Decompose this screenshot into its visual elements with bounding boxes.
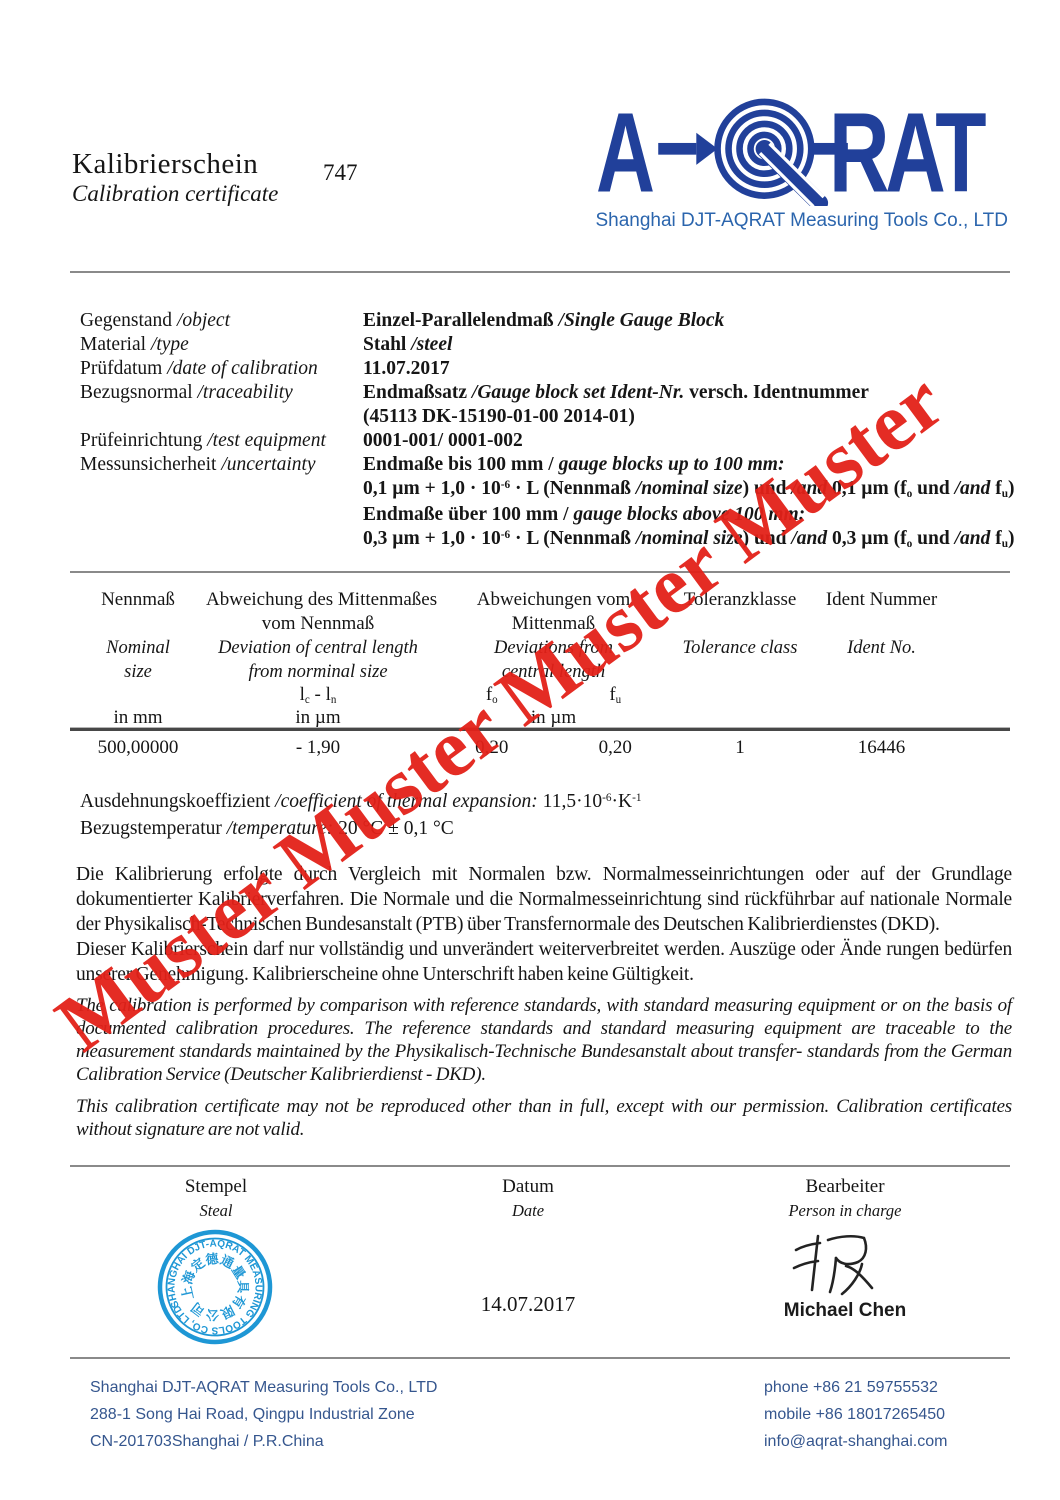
field-value: Endmaßsatz /Gauge block set Ident-Nr. ve…	[363, 381, 1020, 405]
field-row-traceability: Bezugsnormal /traceability Endmaßsatz /G…	[80, 381, 1020, 429]
footer-address-block: Shanghai DJT-AQRAT Measuring Tools Co., …	[90, 1374, 437, 1455]
field-label: Prüfdatum /date of calibration	[80, 357, 363, 381]
reference-temperature-line: Bezugstemperatur /temperature: 20 °C ± 0…	[80, 818, 454, 840]
logo-letters-rat: RAT	[829, 96, 986, 206]
stamp-ring-text: SHANGHAI DJT-AQRAT MEASURING TOOLS CO, L…	[150, 1222, 280, 1352]
field-value: 11.07.2017	[363, 357, 1020, 381]
field-label: Prüfeinrichtung /test equipment	[80, 429, 363, 453]
paragraph-en: This calibration certificate may not be …	[76, 1095, 1012, 1141]
field-row-date-of-calibration: Prüfdatum /date of calibration 11.07.201…	[80, 357, 1020, 381]
person-label-de: Bearbeiter	[745, 1176, 945, 1198]
divider-signing	[70, 1165, 1010, 1167]
field-label: Gegenstand /object	[80, 309, 363, 333]
field-label: Messunsicherheit /uncertainty	[80, 453, 363, 553]
certificate-number: 747	[323, 160, 358, 186]
certificate-fields: Gegenstand /object Einzel-Parallelendmaß…	[80, 309, 1020, 553]
divider-table-top	[70, 571, 1010, 573]
field-row-object: Gegenstand /object Einzel-Parallelendmaß…	[80, 309, 1020, 333]
field-row-uncertainty: Messunsicherheit /uncertainty Endmaße bi…	[80, 453, 1020, 553]
stamp-label-en: Steal	[116, 1201, 316, 1221]
column-header-tolerance-class: Toleranzklasse Tolerance class	[677, 588, 803, 730]
field-value: (45113 DK-15190-01-00 2014-01)	[363, 405, 1020, 429]
signature-scribble-icon	[788, 1228, 888, 1300]
cell-deviation: - 1,90	[206, 737, 430, 759]
date-label-en: Date	[428, 1201, 628, 1221]
field-value: 0001-001/ 0001-002	[363, 429, 1020, 453]
footer-contact-block: phone +86 21 59755532 mobile +86 1801726…	[764, 1374, 947, 1455]
calibration-certificate-page: Kalibrierschein Calibration certificate …	[0, 0, 1060, 1500]
field-value: 0,3 µm + 1,0 · 10-6 · L (Nennmaß /nomina…	[363, 527, 1020, 553]
company-stamp-icon: SHANGHAI DJT-AQRAT MEASURING TOOLS CO, L…	[150, 1222, 280, 1352]
table-row: 500,00000 - 1,90 0,20 0,20 1 16446	[70, 737, 960, 759]
column-header-deviation-central-length: Abweichung des Mittenmaßesvom Nennmaß De…	[206, 588, 430, 730]
field-value: Endmaße über 100 mm / gauge blocks above…	[363, 503, 1020, 527]
footer-address-line2: CN-201703Shanghai / P.R.China	[90, 1428, 437, 1455]
logo-spiral-q	[718, 102, 824, 206]
date-label-de: Datum	[428, 1176, 628, 1198]
field-label: Material /type	[80, 333, 363, 357]
aqrat-logo-icon: A RAT	[596, 96, 1006, 206]
expansion-coefficient-line: Ausdehnungskoeffizient /coefficient of t…	[80, 791, 642, 813]
cell-ident-number: 16446	[803, 737, 960, 759]
logo-crossbar	[658, 143, 696, 155]
signing-date: 14.07.2017	[428, 1292, 628, 1317]
page-title-en: Calibration certificate	[72, 181, 278, 207]
results-table-header: Nennmaß Nominalsize in mm Abweichung des…	[70, 588, 960, 730]
paragraph-de: Die Kalibrierung erfolgte durch Vergleic…	[76, 862, 1012, 937]
notes-english: The calibration is performed by comparis…	[76, 994, 1012, 1141]
person-in-charge-name: Michael Chen	[745, 1300, 945, 1322]
cell-nominal-size: 500,00000	[70, 737, 206, 759]
divider-footer	[70, 1357, 1010, 1359]
cell-tolerance-class: 1	[677, 737, 803, 759]
column-header-ident-number: Ident Nummer Ident No.	[803, 588, 960, 730]
page-title-de: Kalibrierschein	[72, 148, 258, 181]
column-header-nominal-size: Nennmaß Nominalsize in mm	[70, 588, 206, 730]
cell-fu: 0,20	[554, 737, 678, 759]
field-value: 0,1 µm + 1,0 · 10-6 · L (Nennmaß /nomina…	[363, 477, 1020, 503]
notes-german: Die Kalibrierung erfolgte durch Vergleic…	[76, 862, 1012, 987]
footer-mobile: mobile +86 18017265450	[764, 1401, 947, 1428]
footer-phone: phone +86 21 59755532	[764, 1374, 947, 1401]
field-value: Einzel-Parallelendmaß /Single Gauge Bloc…	[363, 309, 1020, 333]
field-row-material: Material /type Stahl /steel	[80, 333, 1020, 357]
logo-letter-a: A	[596, 96, 655, 206]
footer-company: Shanghai DJT-AQRAT Measuring Tools Co., …	[90, 1374, 437, 1401]
footer-address-line1: 288-1 Song Hai Road, Qingpu Industrial Z…	[90, 1401, 437, 1428]
field-row-test-equipment: Prüfeinrichtung /test equipment 0001-001…	[80, 429, 1020, 453]
person-label-en: Person in charge	[745, 1201, 945, 1221]
field-value: Stahl /steel	[363, 333, 1020, 357]
field-value: Endmaße bis 100 mm / gauge blocks up to …	[363, 453, 1020, 477]
divider-header	[70, 271, 1010, 273]
paragraph-de: Dieser Kalibrierschein darf nur vollstän…	[76, 937, 1012, 987]
footer-email: info@aqrat-shanghai.com	[764, 1428, 947, 1455]
column-header-deviations-from-central-length: Abweichungen vomMittenmaß Deviations fro…	[430, 588, 677, 730]
logo-tagline: Shanghai DJT-AQRAT Measuring Tools Co., …	[595, 210, 1008, 232]
stamp-label-de: Stempel	[116, 1176, 316, 1198]
cell-fo: 0,20	[430, 737, 554, 759]
table-header-rule	[70, 727, 1010, 731]
field-label: Bezugsnormal /traceability	[80, 381, 363, 429]
paragraph-en: The calibration is performed by comparis…	[76, 994, 1012, 1086]
